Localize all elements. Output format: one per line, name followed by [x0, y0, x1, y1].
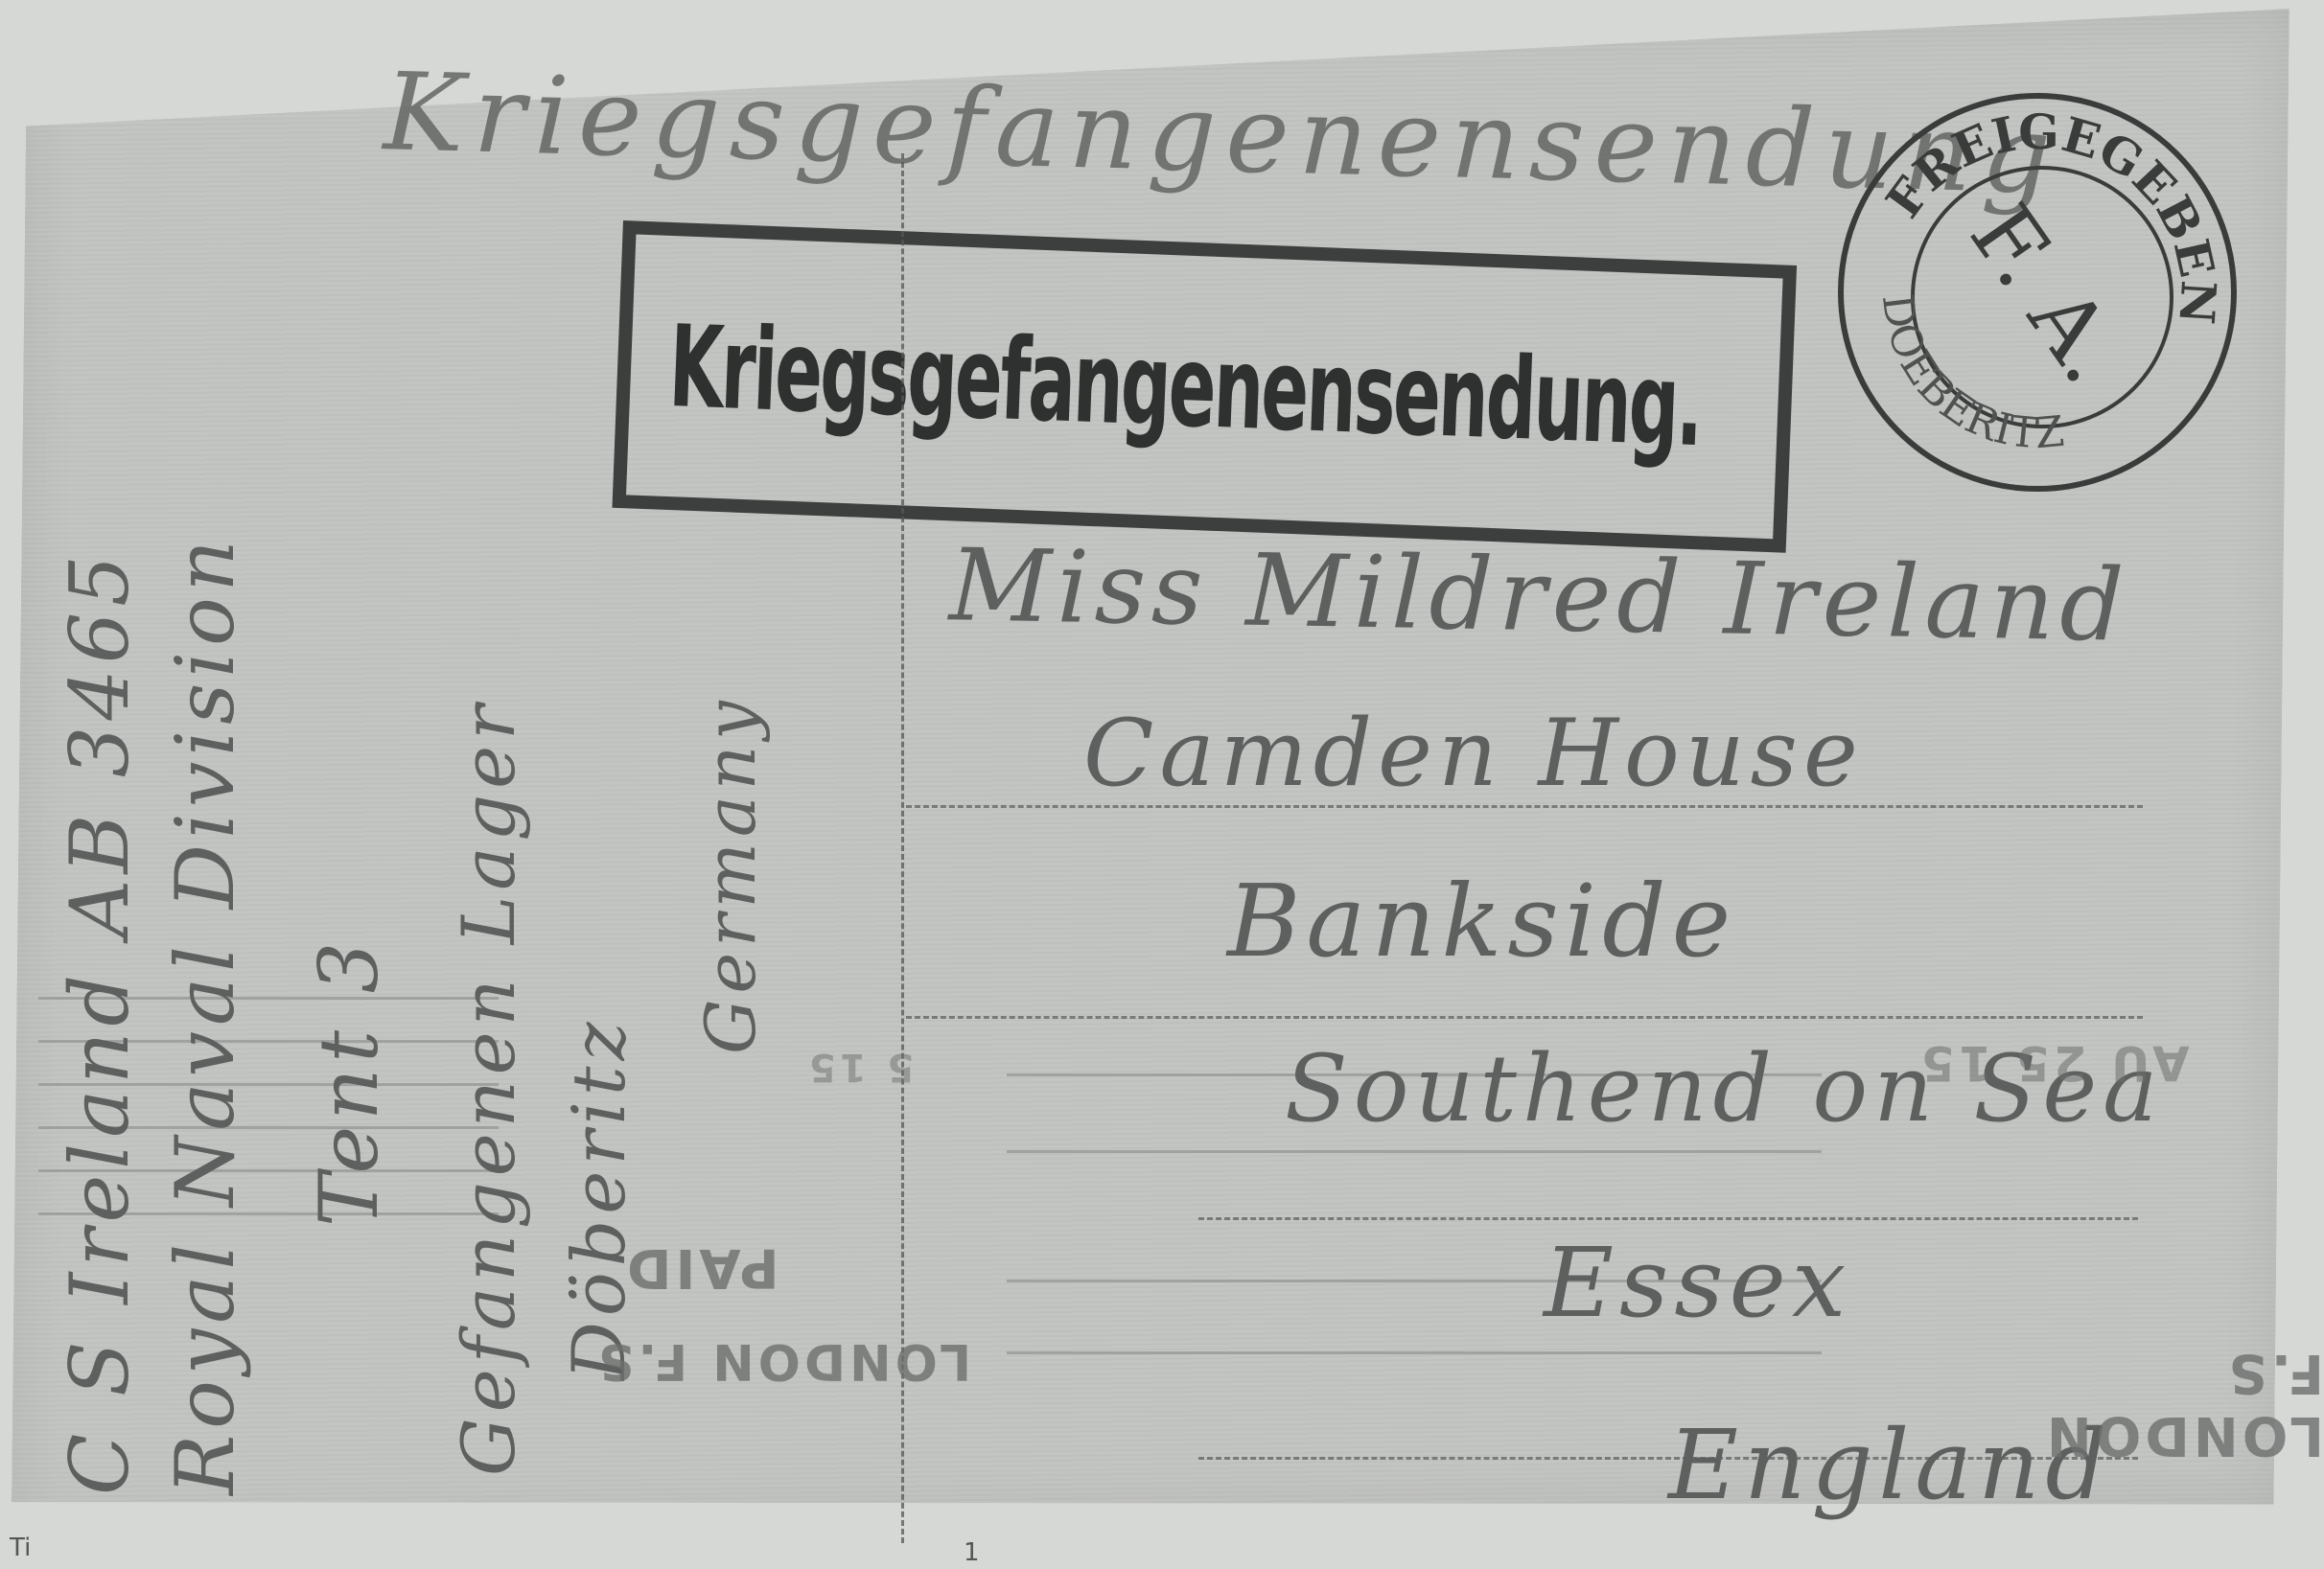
address-rule	[1007, 1351, 1822, 1354]
address-rule	[906, 1016, 2143, 1019]
sender-tent: Tent 3	[302, 936, 396, 1227]
recipient-address-line-2: Bankside	[1227, 863, 1736, 980]
recipient-address-line-4: Essex	[1544, 1227, 1851, 1339]
address-rule	[1198, 1217, 2138, 1220]
pow-mail-stamp-text: Kriegsgefangenensendung.	[667, 300, 1704, 472]
postmark-left-paid: PAID	[623, 1236, 779, 1299]
sender-town: Döberitz	[556, 1016, 641, 1380]
sender-name: C S Ireland AB 3465	[53, 549, 147, 1495]
sender-camp: Gefangenen Lager	[446, 700, 531, 1476]
address-rule	[1007, 1150, 1822, 1153]
postmark-left-city: LONDON F.S	[594, 1332, 971, 1390]
page-mark-center: 1	[964, 1538, 980, 1567]
sender-country: Germany	[690, 695, 771, 1054]
pow-mail-stamp: Kriegsgefangenensendung.	[612, 220, 1797, 553]
page-mark-left: Ti	[10, 1534, 31, 1562]
postmark-right-date: AU 25 15	[1917, 1035, 2190, 1091]
postmark-left-date: 5 15	[805, 1045, 914, 1089]
recipient-name: Miss Mildred Ireland	[948, 526, 2130, 663]
postmark-right-city: LONDON F.S	[1937, 1342, 2324, 1466]
censor-stamp-initials: F. A.	[1950, 187, 2142, 401]
sender-unit: Royal Naval Division	[158, 534, 252, 1495]
censor-stamp: FREIGEGEBEN DOEBERITZ F. A.	[1826, 81, 2248, 503]
recipient-address-line-1: Camden House	[1083, 700, 1864, 807]
